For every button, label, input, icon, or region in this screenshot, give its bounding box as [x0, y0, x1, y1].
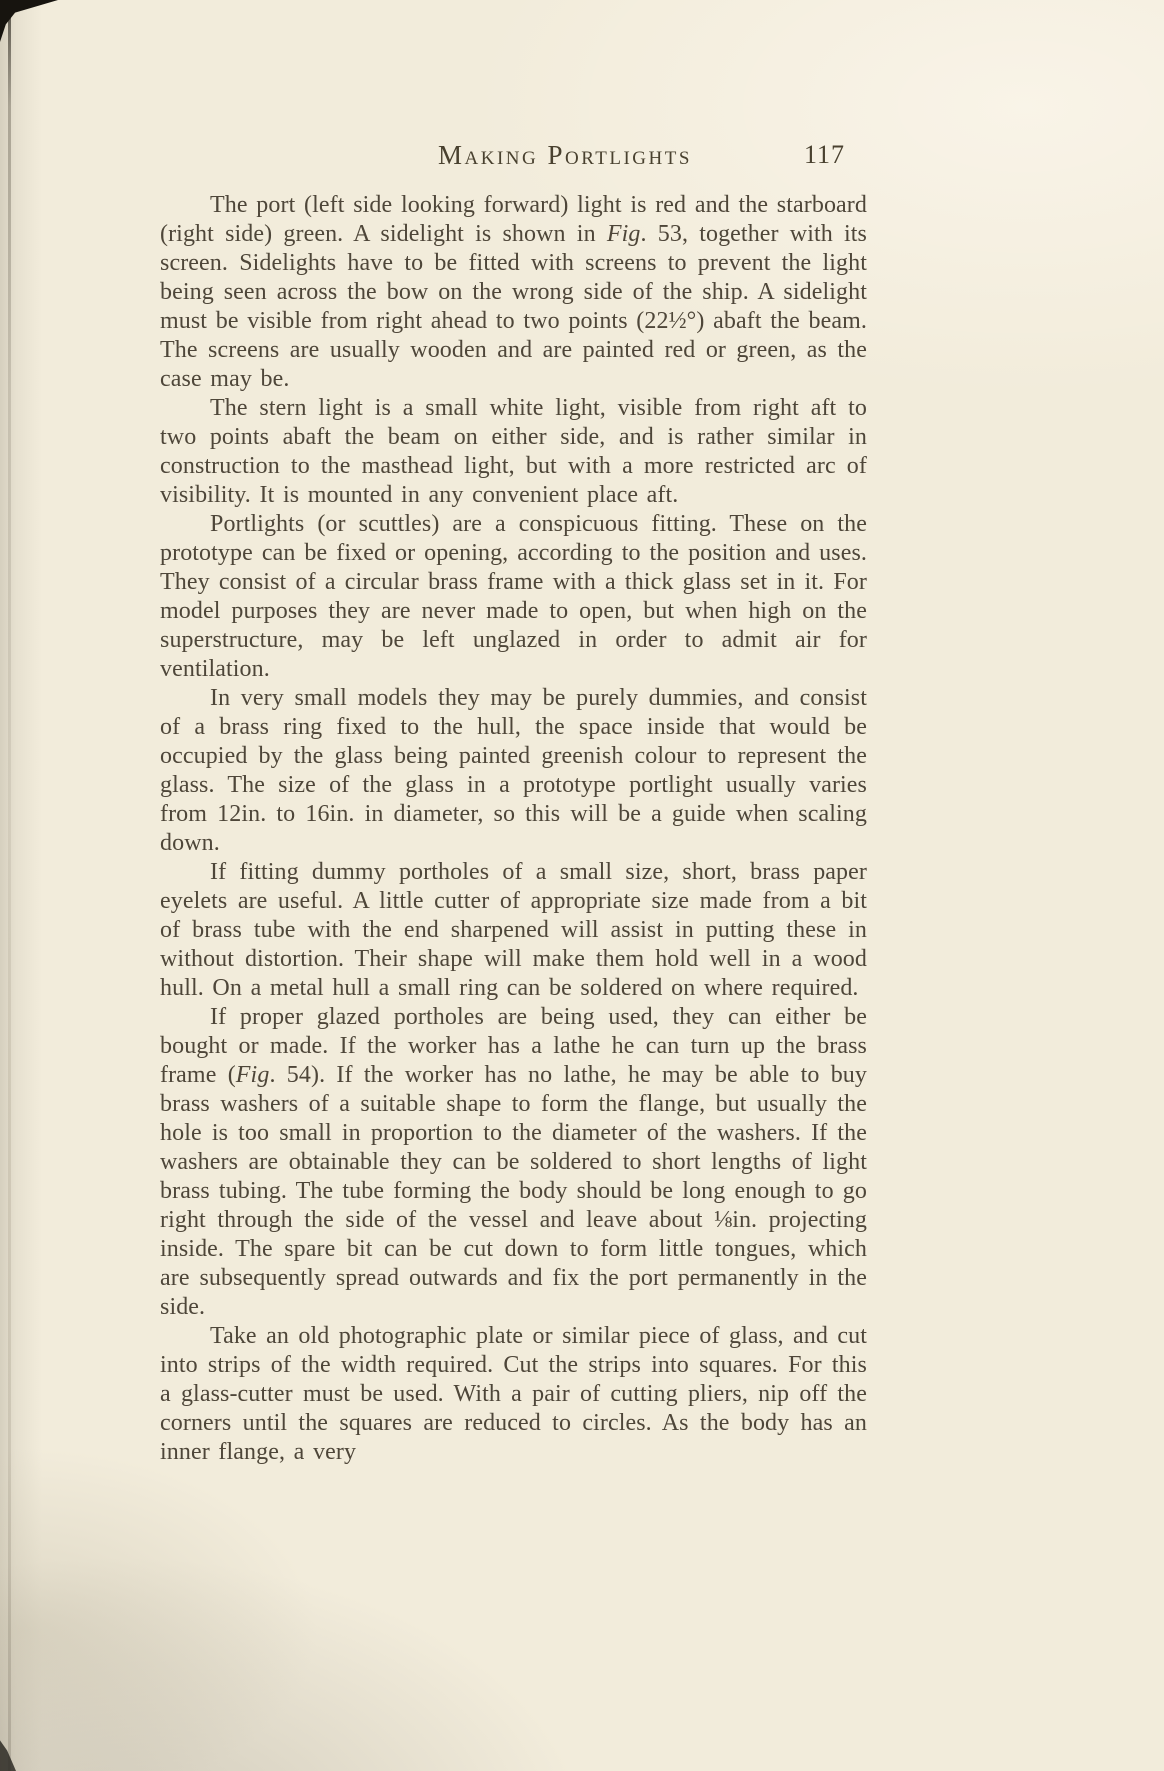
paragraph: If fitting dummy portholes of a small si… — [160, 858, 867, 1003]
page-header: Making Portlights 117 — [160, 140, 867, 176]
paragraph: Portlights (or scuttles) are a conspicuo… — [160, 510, 867, 684]
paragraph-text: Portlights (or scuttles) are a conspicuo… — [160, 511, 867, 682]
page-binding-edge — [8, 0, 11, 1771]
page-body: The port (left side looking forward) lig… — [160, 191, 867, 1467]
paragraph: The port (left side looking forward) lig… — [160, 191, 867, 394]
paragraph: In very small models they may be purely … — [160, 684, 867, 858]
paragraph: Take an old photographic plate or simila… — [160, 1322, 867, 1467]
paragraph: The stern light is a small white light, … — [160, 394, 867, 510]
running-title: Making Portlights — [438, 140, 692, 171]
paragraph-text: Take an old photographic plate or simila… — [160, 1323, 867, 1465]
paragraph-text: The stern light is a small white light, … — [160, 395, 867, 508]
paragraph: If proper glazed portholes are being use… — [160, 1003, 867, 1322]
book-page: Making Portlights 117 The port (left sid… — [0, 0, 1164, 1771]
paragraph-text: If fitting dummy portholes of a small si… — [160, 859, 867, 1001]
page-number: 117 — [804, 140, 845, 170]
paragraph-text: . 54). If the worker has no lathe, he ma… — [160, 1062, 867, 1320]
paragraph-text: In very small models they may be purely … — [160, 685, 867, 856]
figure-reference: Fig — [607, 221, 641, 247]
figure-reference: Fig — [236, 1062, 270, 1088]
